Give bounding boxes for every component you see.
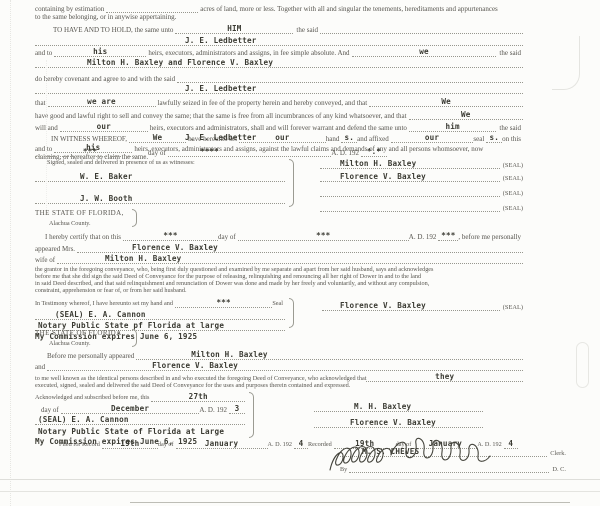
- blank-line: [106, 3, 198, 13]
- typed-appearer-name: Milton H. Baxley: [191, 350, 267, 359]
- scanned-deed-page: containing by estimation acres of land, …: [0, 0, 600, 506]
- blank-line: our: [391, 133, 474, 143]
- typed-grantee-name: J. E. Ledbetter: [185, 36, 257, 45]
- form-label: do hereby covenant and agree to and with…: [35, 75, 177, 83]
- form-label: In Testimony whereof, I have hereunto se…: [35, 300, 175, 308]
- form-label: containing by estimation: [35, 5, 106, 13]
- blank-line: Florence V. Baxley: [47, 361, 523, 371]
- page-curl-artifact: [576, 342, 589, 388]
- scan-rule: [0, 479, 600, 480]
- seal-label: (SEAL): [503, 190, 523, 197]
- acknowledged-paragraph-line: to me well known as the identical person…: [35, 374, 523, 382]
- blank-line: our: [239, 133, 326, 143]
- scan-rule: [130, 502, 570, 503]
- typed-entry: ****: [200, 147, 219, 156]
- form-label: on this: [502, 135, 523, 143]
- typed-entry: s.: [344, 133, 354, 142]
- form-label: and: [35, 363, 47, 371]
- scan-rule: [0, 491, 600, 492]
- typed-witness-name: W. E. Baker: [80, 172, 133, 181]
- typed-entry: ***: [163, 231, 177, 240]
- date-blank-line: *** day of **** A. D. 192 *.*: [35, 147, 387, 157]
- blank-line: s.: [341, 133, 357, 143]
- blank-line: We: [129, 133, 186, 143]
- typed-entry: HIM: [227, 24, 241, 33]
- typed-signer-name: Florence V. Baxley: [340, 172, 426, 181]
- seal-row: (SEAL): [320, 187, 523, 197]
- form-label: Alachua County.: [49, 220, 93, 228]
- page-curl-artifact: [552, 36, 580, 90]
- dower-paragraph-line: constraint, apprehension or fear of, or …: [35, 287, 523, 294]
- form-label: have hereunto set: [186, 135, 239, 143]
- brace: [132, 209, 137, 227]
- form-label: and affixed: [357, 135, 391, 143]
- blank-line: [320, 187, 500, 197]
- venue-block: THE STATE OF FLORIDA, Alachua County.: [35, 209, 523, 228]
- blank-line: his: [54, 47, 146, 57]
- grantee-name-line: J. E. Ledbetter: [35, 36, 523, 46]
- blank-line: J. E. Ledbetter: [35, 84, 523, 94]
- form-label: A. D. 192: [199, 406, 229, 414]
- before-appeared-line: Before me personally appeared Milton H. …: [35, 350, 523, 360]
- blank-line: J. W. Booth: [35, 194, 285, 204]
- blank-line: ***: [238, 231, 409, 241]
- signature-columns: Signed, sealed and delivered in presence…: [35, 159, 523, 212]
- have-hold-line: TO HAVE AND TO HOLD, the same unto HIM t…: [35, 24, 523, 34]
- covenant-line: do hereby covenant and agree to and with…: [35, 73, 523, 83]
- binding-edge-artifact: [46, 60, 47, 210]
- and-to-heirs-line: and to his heirs, executors, administrat…: [35, 47, 523, 57]
- seal-label: (SEAL): [503, 162, 523, 169]
- form-label: THE STATE OF FLORIDA,: [35, 209, 126, 217]
- blank-line: we are: [48, 97, 156, 107]
- binding-edge-artifact: [10, 0, 11, 506]
- grantor-acknowledgment-section: THE STATE OF FLORIDA, Alachua County. Be…: [35, 329, 523, 446]
- venue-block: THE STATE OF FLORIDA, Alachua County.: [35, 329, 523, 348]
- blank-line: Florence V. Baxley: [77, 243, 523, 253]
- blank-line: [177, 73, 523, 83]
- blank-line: s.: [486, 133, 502, 143]
- grantee-name-line-2: J. E. Ledbetter: [35, 84, 523, 94]
- form-label: THE STATE OF FLORIDA,: [35, 329, 126, 337]
- dower-paragraph-line: before me that she did sign the said Dee…: [35, 273, 523, 280]
- blank-line: December: [61, 404, 200, 414]
- typed-entry: our: [97, 122, 111, 131]
- typed-entry: We: [461, 110, 471, 119]
- state-line: THE STATE OF FLORIDA,: [35, 209, 126, 217]
- dower-acknowledgment-section: THE STATE OF FLORIDA, Alachua County. I …: [35, 209, 523, 341]
- form-label: day of: [158, 441, 176, 449]
- typed-entry: him: [446, 122, 460, 131]
- typed-entry: our: [275, 133, 289, 142]
- blank-line: 19th: [102, 439, 158, 449]
- venue-text: THE STATE OF FLORIDA, Alachua County.: [35, 329, 126, 348]
- blank-line: (SEAL) E. A. Cannon: [35, 415, 245, 425]
- typed-signer-name: Florence V. Baxley: [350, 418, 436, 427]
- form-label: to the same belonging, or in anywise app…: [35, 13, 178, 21]
- blank-line: (SEAL) E. A. Cannon: [35, 310, 285, 320]
- form-label: the said: [496, 124, 523, 132]
- blank-line: Milton H. Baxley and Florence V. Baxley: [35, 58, 523, 68]
- form-label: A. D. 192: [268, 441, 294, 449]
- typed-entry: ***: [441, 231, 455, 240]
- venue-text: THE STATE OF FLORIDA, Alachua County.: [35, 209, 126, 228]
- typed-appearer-name: Florence V. Baxley: [152, 361, 238, 370]
- clerk-signature: [326, 436, 526, 478]
- blank-line: him: [409, 122, 497, 132]
- form-label: seal: [473, 135, 486, 143]
- dower-paragraph-line: the grantor in the foregoing conveyance,…: [35, 266, 523, 273]
- and-appeared-line: and Florence V. Baxley: [35, 361, 523, 371]
- warrant-line: will and our heirs, executors and admini…: [35, 122, 523, 132]
- ack-line: Acknowledged and subscribed before me, t…: [35, 392, 245, 402]
- blank-line: HIM: [175, 24, 293, 34]
- typed-signer-name: M. H. Baxley: [354, 402, 411, 411]
- blank-line: our: [60, 122, 148, 132]
- wife-of-line: wife of Milton H. Baxley: [35, 254, 523, 264]
- blank-line: [320, 24, 523, 34]
- blank-line: Milton H. Baxley: [136, 350, 523, 360]
- typed-entry: 3: [235, 404, 240, 413]
- typed-husband-name: Milton H. Baxley: [105, 254, 181, 263]
- form-label: heirs, executors and administrators, sha…: [148, 124, 409, 132]
- typed-entry: we: [419, 47, 429, 56]
- form-label: appeared Mrs.: [35, 245, 77, 253]
- typed-entry: we are: [87, 97, 116, 106]
- witness-1-line: W. E. Baker: [35, 172, 285, 182]
- typed-entry: *.*: [367, 147, 381, 156]
- blank-line: Milton H. Baxley: [57, 254, 523, 264]
- good-right-line: have good and lawful right to sell and c…: [35, 110, 523, 120]
- form-label: day of: [145, 149, 168, 157]
- seal-label: (SEAL): [503, 304, 523, 311]
- blank-line: Notary Public State of Florida at Large: [35, 426, 245, 436]
- form-label: A. D. 192: [409, 233, 439, 241]
- certify-line: I hereby certify that on this *** day of…: [35, 231, 523, 241]
- blank-line: ***: [123, 231, 218, 241]
- typed-notary-title: Notary Public State of Florida at Large: [38, 427, 224, 436]
- form-label: the said: [496, 49, 523, 57]
- typed-entry: December: [111, 404, 149, 413]
- form-label: heirs, executors, administrators and ass…: [146, 49, 351, 57]
- typed-entry: they: [435, 372, 454, 381]
- ack-left-column: Acknowledged and subscribed before me, t…: [35, 392, 245, 446]
- blank-line: Florence V. Baxley: [320, 172, 500, 182]
- seal-row: Milton H. Baxley (SEAL): [320, 159, 523, 169]
- form-label: to me well known as the identical person…: [35, 375, 366, 382]
- blank-line: 4: [294, 439, 308, 449]
- blank-line: they: [366, 374, 523, 382]
- form-label: Alachua County.: [49, 340, 93, 348]
- witness-2-line: J. W. Booth: [35, 194, 285, 204]
- typed-entry: ***: [216, 298, 230, 307]
- blank-line: ***: [35, 147, 145, 157]
- blank-line: January: [176, 439, 268, 449]
- typed-entry: We: [441, 97, 451, 106]
- notary-signature-line: (SEAL) E. A. Cannon: [35, 415, 245, 425]
- form-label: day of: [35, 406, 61, 414]
- blank-line: ***: [438, 231, 458, 241]
- blank-line: We: [369, 97, 523, 107]
- blank-line: Milton H. Baxley: [320, 159, 500, 169]
- form-label: I hereby certify that on this: [35, 233, 123, 241]
- typed-entry: 19th: [120, 439, 139, 448]
- typed-signer-name: Milton H. Baxley: [340, 159, 416, 168]
- form-label: , before me personally: [458, 233, 523, 241]
- blank-line: 3: [229, 404, 245, 414]
- blank-line: M. H. Baxley: [314, 402, 483, 412]
- dower-paragraph-line: in said Deed described, and that said re…: [35, 280, 523, 287]
- typed-grantors-names: Milton H. Baxley and Florence V. Baxley: [87, 58, 273, 67]
- state-line: THE STATE OF FLORIDA,: [35, 329, 126, 337]
- form-label: day of: [218, 233, 238, 241]
- acknowledged-paragraph-line: executed, signed, sealed and delivered t…: [35, 382, 523, 389]
- typed-entry: ***: [83, 147, 97, 156]
- form-label: hand: [326, 135, 342, 143]
- blank-line: Florence V. Baxley: [314, 418, 483, 428]
- form-label: Filed for Record: [35, 441, 102, 449]
- witness-section: IN WITNESS WHEREOF, We have hereunto set…: [35, 133, 523, 212]
- blank-line: J. E. Ledbetter: [35, 36, 523, 46]
- typed-wife-name: Florence V. Baxley: [132, 243, 218, 252]
- presence-label: Signed, sealed and delivered in presence…: [35, 159, 285, 167]
- typed-entry: ***: [316, 231, 330, 240]
- brace: [289, 298, 294, 328]
- sealers-column: Milton H. Baxley (SEAL) Florence V. Baxl…: [320, 159, 523, 212]
- brace: [132, 329, 137, 347]
- typed-entry: s.: [489, 133, 499, 142]
- containing-line: containing by estimation acres of land, …: [35, 3, 523, 13]
- form-label: will and: [35, 124, 60, 132]
- typed-entry: his: [93, 47, 107, 56]
- form-label: acres of land, more or less. Together wi…: [198, 5, 500, 13]
- form-label: lawfully seized in fee of the property h…: [156, 99, 370, 107]
- deputy-clerk-label: D. C.: [552, 466, 566, 473]
- seized-line: that we are lawfully seized in fee of th…: [35, 97, 523, 107]
- appeared-line: appeared Mrs. Florence V. Baxley: [35, 243, 523, 253]
- seal-row: Florence V. Baxley (SEAL): [320, 172, 523, 182]
- form-label: Before me personally appeared: [35, 352, 136, 360]
- grantors-name-line: Milton H. Baxley and Florence V. Baxley: [35, 58, 523, 68]
- county-line: Alachua County.: [35, 220, 126, 228]
- blank-line: 27th: [151, 392, 245, 402]
- typed-notary-signature: (SEAL) E. A. Cannon: [38, 415, 129, 424]
- signer-row: M. H. Baxley: [314, 402, 483, 412]
- clerk-label: Clerk.: [550, 450, 566, 457]
- typed-witness-name: J. W. Booth: [80, 194, 133, 203]
- form-label: have good and lawful right to sell and c…: [35, 112, 409, 120]
- witnesses-column: Signed, sealed and delivered in presence…: [35, 159, 285, 212]
- appertaining-line: to the same belonging, or in anywise app…: [35, 13, 523, 21]
- brace: [289, 159, 294, 207]
- blank-line: ***: [175, 298, 272, 308]
- blank-line: Florence V. Baxley: [322, 301, 500, 311]
- blank-line: we: [352, 47, 497, 57]
- notary-title-line: Notary Public State of Florida at Large: [35, 426, 245, 436]
- typed-entry: 27th: [189, 392, 208, 401]
- form-label: TO HAVE AND TO HOLD, the same unto: [35, 26, 175, 34]
- in-witness-line: IN WITNESS WHEREOF, We have hereunto set…: [35, 133, 523, 143]
- typed-entry: January: [205, 439, 238, 448]
- blank-line: We: [409, 110, 523, 120]
- blank-line: ****: [168, 147, 332, 157]
- form-label: Seal: [272, 300, 285, 308]
- blank-line: W. E. Baker: [35, 172, 285, 182]
- brace: [249, 392, 254, 438]
- ack-date-line: day of December A. D. 192 3: [35, 404, 245, 414]
- form-label: Acknowledged and subscribed before me, t…: [35, 394, 151, 402]
- typed-signer-name: Florence V. Baxley: [340, 301, 426, 310]
- signer-row: Florence V. Baxley: [314, 418, 483, 428]
- typed-grantee-name: J. E. Ledbetter: [185, 84, 257, 93]
- blank-line: *.*: [361, 147, 387, 157]
- testimony-line: In Testimony whereof, I have hereunto se…: [35, 298, 285, 308]
- form-label: the said: [293, 26, 320, 34]
- typed-entry: We: [153, 133, 163, 142]
- typed-entry: 4: [299, 439, 304, 448]
- notary-signature-line: (SEAL) E. A. Cannon: [35, 310, 285, 320]
- form-label: wife of: [35, 256, 57, 264]
- form-label: IN WITNESS WHEREOF,: [35, 135, 129, 143]
- county-line: Alachua County.: [35, 340, 126, 348]
- seal-label: (SEAL): [503, 175, 523, 182]
- form-label: A. D. 192: [331, 149, 361, 157]
- form-label: and to: [35, 49, 54, 57]
- seal-row: Florence V. Baxley (SEAL): [322, 301, 523, 311]
- typed-notary-signature: (SEAL) E. A. Cannon: [55, 310, 146, 319]
- typed-entry: our: [425, 133, 439, 142]
- form-label: Signed, sealed and delivered in presence…: [47, 159, 195, 167]
